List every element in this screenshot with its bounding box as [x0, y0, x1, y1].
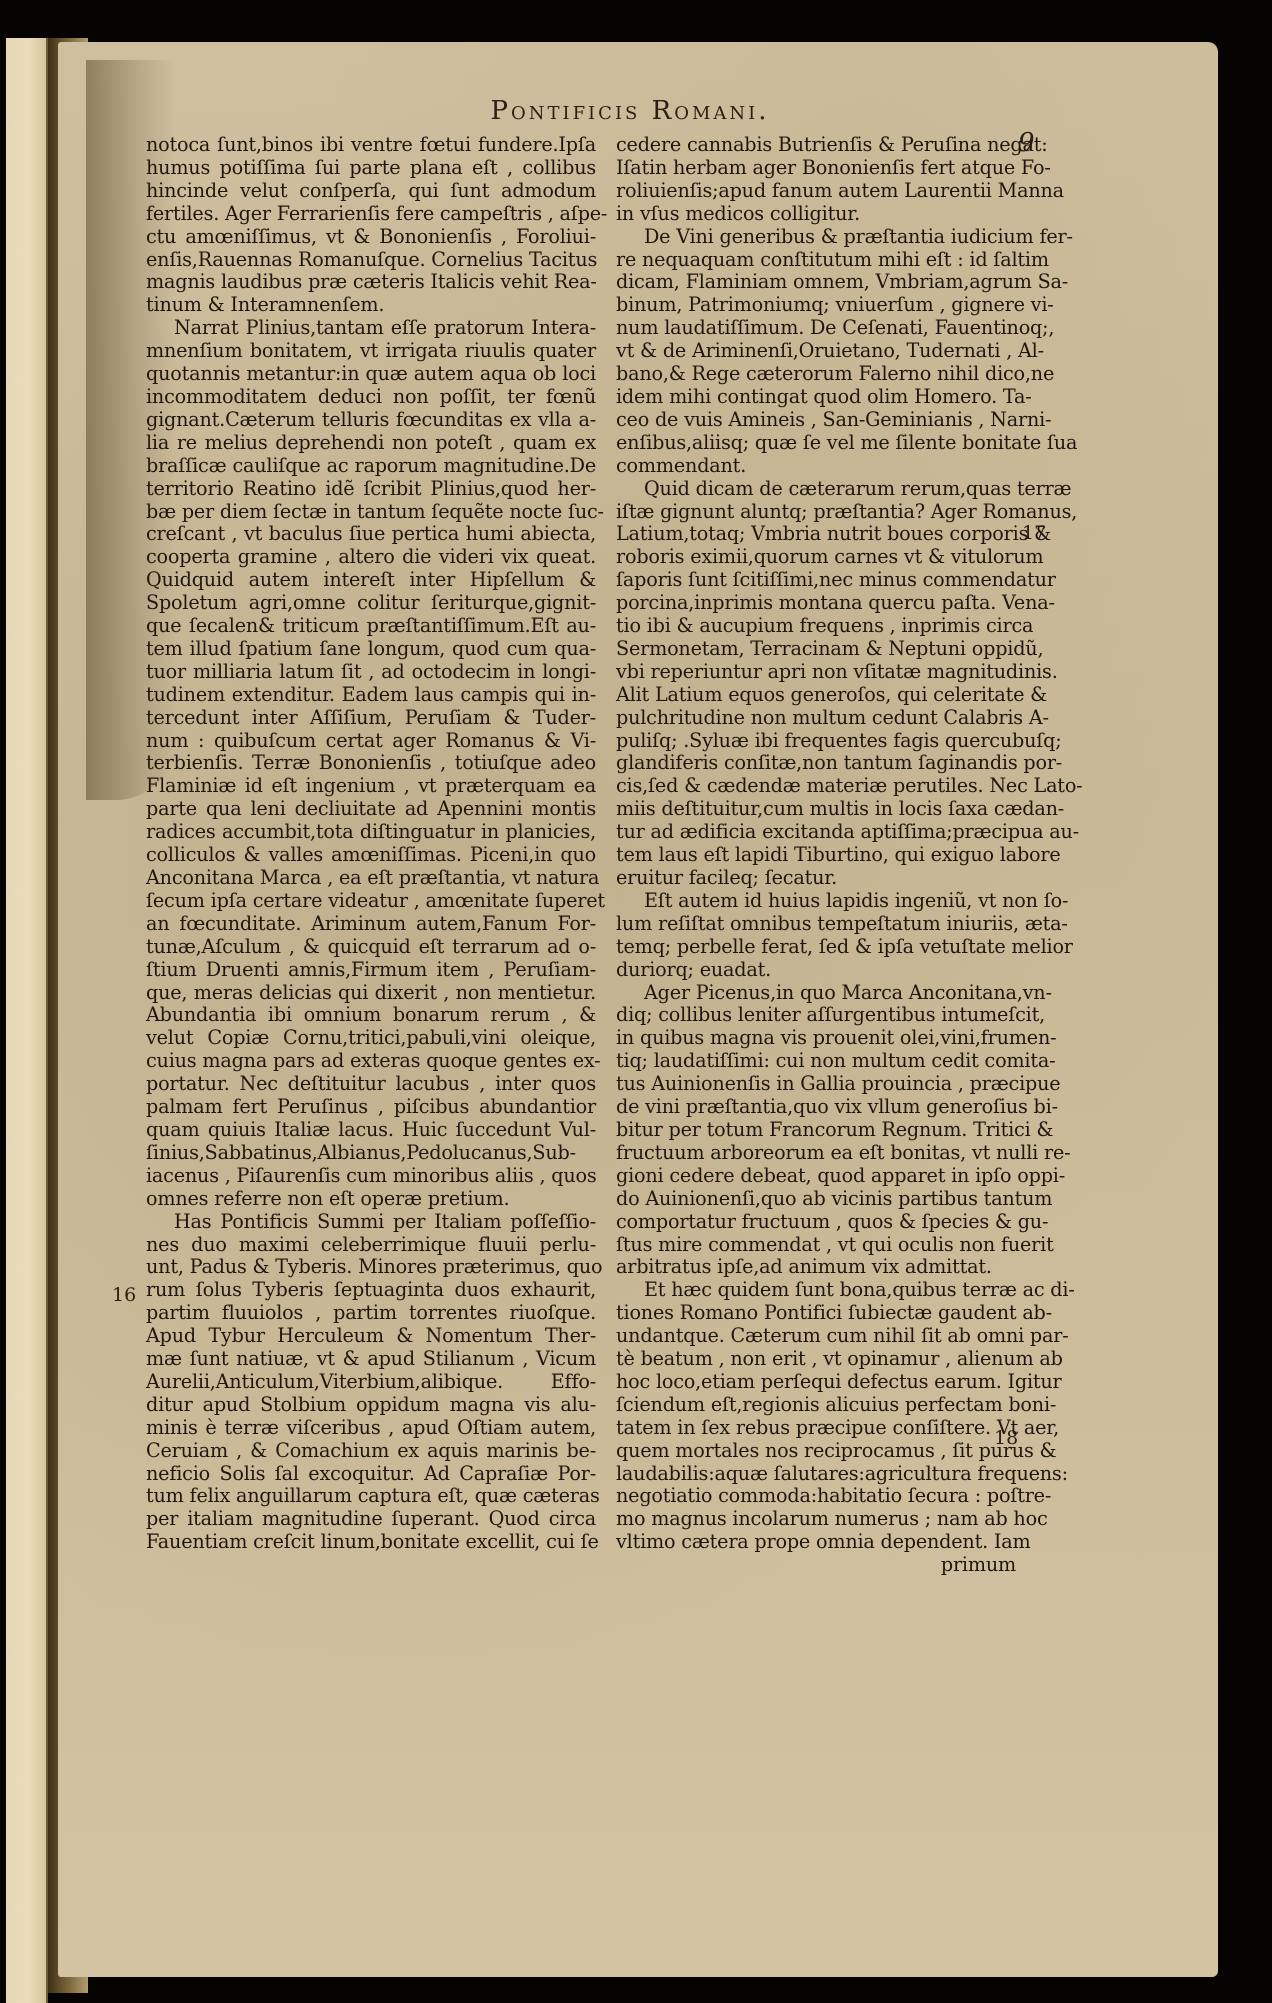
text-line: tus Auinionenſis in Gallia prouincia , p…: [616, 1073, 1016, 1096]
text-line: diq; collibus leniter aſſurgentibus intu…: [616, 1004, 1016, 1027]
text-line: ſinius,Sabbatinus,Albianus,Pedolucanus,S…: [146, 1142, 596, 1165]
text-line: in vſus medicos colligitur.: [616, 203, 1016, 226]
text-line: braſſicæ cauliſque ac raporum magnitudin…: [146, 455, 596, 478]
text-line: eruitur facileq; ſecatur.: [616, 867, 1016, 890]
text-line: undantque. Cæterum cum nihil ſit ab omni…: [616, 1325, 1016, 1348]
text-line: ſciendum eſt,regionis alicuius perfectam…: [616, 1394, 1016, 1417]
text-line: miis deſtituitur,cum multis in locis ſax…: [616, 798, 1016, 821]
text-line: velut Copiæ Cornu,tritici,pabuli,vini ol…: [146, 1027, 596, 1050]
left-text-column: notoca ſunt,binos ibi ventre fœtui funde…: [146, 134, 596, 1554]
text-line: incommoditatem deduci non poſſit, ter fœ…: [146, 386, 596, 409]
text-line: laudabilis:aquæ ſalutares:agricultura fr…: [616, 1463, 1016, 1486]
text-line: palmam fert Peruſinus , piſcibus abundan…: [146, 1096, 596, 1119]
text-line: vt & de Ariminenſi,Oruietano, Tudernati …: [616, 340, 1016, 363]
text-line: vbi reperiuntur apri non vſitatæ magnitu…: [616, 661, 1016, 684]
adjacent-page-edge: [6, 38, 48, 2003]
text-line: quam quiuis Italiæ lacus. Huic ſuccedunt…: [146, 1119, 596, 1142]
text-line: quem mortales nos reciprocamus , ſit pur…: [616, 1440, 1016, 1463]
text-line: creſcant , vt baculus ſiue pertica humi …: [146, 523, 596, 546]
text-line: in quibus magna vis prouenit olei,vini,f…: [616, 1027, 1016, 1050]
text-line: tiq; laudatiſſimi: cui non multum cedit …: [616, 1050, 1016, 1073]
text-line: de vini præſtantia,quo vix vllum generoſ…: [616, 1096, 1016, 1119]
text-line: porcina,inprimis montana quercu paſta. V…: [616, 592, 1016, 615]
text-line: cis,ſed & cædendæ materiæ perutiles. Nec…: [616, 775, 1016, 798]
text-line: num : quibuſcum certat ager Romanus & Vi…: [146, 730, 596, 753]
running-head: Pontificis Romani.: [440, 96, 820, 126]
text-line: puliſq; .Syluæ ibi frequentes fagis quer…: [616, 730, 1016, 753]
text-line: Sermonetam, Terracinam & Neptuni oppidũ,: [616, 638, 1016, 661]
text-line: ditur apud Stolbium oppidum magna vis al…: [146, 1394, 596, 1417]
text-line: pulchritudine non multum cedunt Calabris…: [616, 707, 1016, 730]
text-line: humus potiſſima ſui parte plana eſt , co…: [146, 157, 596, 180]
text-line: hoc loco,etiam perſequi defectus earum. …: [616, 1371, 1016, 1394]
text-line: ſaporis ſunt ſcitiſſimi,nec minus commen…: [616, 569, 1016, 592]
text-line: tuor milliaria latum ſit , ad octodecim …: [146, 661, 596, 684]
text-line: tatem in ſex rebus præcipue conſiſtere. …: [616, 1417, 1016, 1440]
text-line: tum felix anguillarum captura eſt, quæ c…: [146, 1485, 596, 1508]
text-line: tercedunt inter Aſſiſium, Peruſiam & Tud…: [146, 707, 596, 730]
text-line: nes duo maximi celeberrimique fluuii per…: [146, 1234, 596, 1257]
text-line: ſtus mire commendat , vt qui oculis non …: [616, 1234, 1016, 1257]
text-line: notoca ſunt,binos ibi ventre fœtui funde…: [146, 134, 596, 157]
text-line: tiones Romano Pontifici ſubiectæ gaudent…: [616, 1302, 1016, 1325]
text-line: comportatur fructuum , quos & ſpecies & …: [616, 1211, 1016, 1234]
text-line: Ceruiam , & Comachium ex aquis marinis b…: [146, 1440, 596, 1463]
text-line: mnenſium bonitatem, vt irrigata riuulis …: [146, 340, 596, 363]
text-line: cuius magna pars ad exteras quoque gente…: [146, 1050, 596, 1073]
right-text-column: cedere cannabis Butrienſis & Peruſina ne…: [616, 134, 1016, 1577]
text-line: Abundantia ibi omnium bonarum rerum , &: [146, 1004, 596, 1027]
text-line: quotannis metantur:in quæ autem aqua ob …: [146, 363, 596, 386]
text-line: Eſt autem id huius lapidis ingeniũ, vt n…: [616, 890, 1016, 913]
text-line: Spoletum agri,omne colitur ſeriturque,gi…: [146, 592, 596, 615]
text-line: idem mihi contingat quod olim Homero. Ta…: [616, 386, 1016, 409]
text-line: fructuum arboreorum ea eſt bonitas, vt n…: [616, 1142, 1016, 1165]
text-line: magnis laudibus præ cæteris Italicis veh…: [146, 271, 596, 294]
text-line: tem illud ſpatium ſane longum, quod cum …: [146, 638, 596, 661]
text-line: vltimo cætera prope omnia dependent. Iam: [616, 1531, 1016, 1554]
text-line: bitur per totum Francorum Regnum. Tritic…: [616, 1119, 1016, 1142]
text-line: neficio Solis ſal excoquitur. Ad Capraſi…: [146, 1463, 596, 1486]
text-line: tè beatum , non erit , vt opinamur , ali…: [616, 1348, 1016, 1371]
text-line: ceo de vuis Amineis , San-Geminianis , N…: [616, 409, 1016, 432]
text-line: que ſecalen& triticum præſtantiſſimum.Eſ…: [146, 615, 596, 638]
text-line: mo magnus incolarum numerus ; nam ab hoc: [616, 1508, 1016, 1531]
text-line: De Vini generibus & præſtantia iudicium …: [616, 226, 1016, 249]
text-line: colliculos & valles amœniſſimas. Piceni,…: [146, 844, 596, 867]
text-line: Quid dicam de cæterarum rerum,quas terræ: [616, 478, 1016, 501]
text-line: do Auinionenſi,quo ab vicinis partibus t…: [616, 1188, 1016, 1211]
text-line: partim fluuiolos , partim torrentes riuo…: [146, 1302, 596, 1325]
text-line: que, meras delicias qui dixerit , non me…: [146, 982, 596, 1005]
text-line: per italiam magnitudine ſuperant. Quod c…: [146, 1508, 596, 1531]
text-line: gioni cedere debeat, quod apparet in ipſ…: [616, 1165, 1016, 1188]
text-line: Latium,totaq; Vmbria nutrit boues corpor…: [616, 523, 1016, 546]
text-line: roliuienſis;apud fanum autem Laurentii M…: [616, 180, 1016, 203]
text-line: territorio Reatino idẽ ſcribit Plinius,q…: [146, 478, 596, 501]
text-line: Ager Picenus,in quo Marca Anconitana,vn-: [616, 982, 1016, 1005]
text-line: minis è terræ viſceribus , apud Oſtiam a…: [146, 1417, 596, 1440]
text-line: tunæ,Aſculum , & quicquid eſt terrarum a…: [146, 936, 596, 959]
text-line: parte qua leni decliuitate ad Apennini m…: [146, 798, 596, 821]
text-line: an fœcunditate. Ariminum autem,Fanum For…: [146, 913, 596, 936]
catchword: primum: [616, 1554, 1016, 1577]
text-line: Anconitana Marca , ea eſt præſtantia, vt…: [146, 867, 596, 890]
text-line: duriorq; euadat.: [616, 959, 1016, 982]
text-line: ſecum ipſa certare videatur , amœnitate …: [146, 890, 596, 913]
text-line: tur ad ædificia excitanda aptiſſima;præc…: [616, 821, 1016, 844]
text-line: unt, Padus & Tyberis. Minores præterimus…: [146, 1256, 596, 1279]
text-line: iacenus , Piſaurenſis cum minoribus alii…: [146, 1165, 596, 1188]
text-line: arbitratus ipſe,ad animum vix admittat.: [616, 1256, 1016, 1279]
text-line: Apud Tybur Herculeum & Nomentum Ther-: [146, 1325, 596, 1348]
text-line: tio ibi & aucupium frequens , inprimis c…: [616, 615, 1016, 638]
text-line: Quidquid autem intereſt inter Hipſellum …: [146, 569, 596, 592]
text-line: roboris eximii,quorum carnes vt & vitulo…: [616, 546, 1016, 569]
text-line: portatur. Nec deſtituitur lacubus , inte…: [146, 1073, 596, 1096]
text-line: num laudatiſſimum. De Ceſenati, Fauentin…: [616, 317, 1016, 340]
text-line: rum ſolus Tyberis ſeptuaginta duos exhau…: [146, 1279, 596, 1302]
text-line: lia re melius deprehendi non poteſt , qu…: [146, 432, 596, 455]
text-line: cooperta gramine , altero die videri vix…: [146, 546, 596, 569]
marginal-number-16: 16: [112, 1284, 136, 1306]
text-line: negotiatio commoda:habitatio ſecura : po…: [616, 1485, 1016, 1508]
text-line: omnes referre non eſt operæ pretium.: [146, 1188, 596, 1211]
text-line: glandiferis conſitæ,non tantum ſaginandi…: [616, 752, 1016, 775]
text-line: enſibus,aliisq; quæ ſe vel me ſilente bo…: [616, 432, 1016, 455]
text-line: gignant.Cæterum telluris fœcunditas ex v…: [146, 409, 596, 432]
text-line: binum, Patrimoniumq; vniuerſum , gignere…: [616, 294, 1016, 317]
text-line: tem laus eſt lapidi Tiburtino, qui exigu…: [616, 844, 1016, 867]
text-line: tinum & Interamnenſem.: [146, 294, 596, 317]
text-line: Has Pontificis Summi per Italiam poſſeſſ…: [146, 1211, 596, 1234]
text-line: lum reſiſtat omnibus tempeſtatum iniurii…: [616, 913, 1016, 936]
text-line: mæ ſunt natiuæ, vt & apud Stilianum , Vi…: [146, 1348, 596, 1371]
text-line: Fauentiam creſcit linum,bonitate excelli…: [146, 1531, 596, 1554]
text-line: Flaminiæ id eſt ingenium , vt præterquam…: [146, 775, 596, 798]
text-line: enſis,Rauennas Romanuſque. Cornelius Tac…: [146, 249, 596, 272]
text-line: Alit Latium equos generoſos, qui celerit…: [616, 684, 1016, 707]
text-line: tudinem extenditur. Eadem laus campis qu…: [146, 684, 596, 707]
text-line: cedere cannabis Butrienſis & Peruſina ne…: [616, 134, 1016, 157]
text-line: terbienſis. Terræ Bononienſis , totiuſqu…: [146, 752, 596, 775]
text-line: radices accumbit,tota diſtinguatur in pl…: [146, 821, 596, 844]
text-line: dicam, Flaminiam omnem, Vmbriam,agrum Sa…: [616, 271, 1016, 294]
text-line: iſtæ gignunt aluntq; præſtantia? Ager Ro…: [616, 501, 1016, 524]
text-line: temq; perbelle ferat, ſed & ipſa vetuſta…: [616, 936, 1016, 959]
text-line: ctu amœniſſimus, vt & Bononienſis , Foro…: [146, 226, 596, 249]
text-line: ſtium Druenti amnis,Firmum item , Peruſi…: [146, 959, 596, 982]
text-line: Iſatin herbam ager Bononienſis fert atqu…: [616, 157, 1016, 180]
text-line: bano,& Rege cæterorum Falerno nihil dico…: [616, 363, 1016, 386]
text-line: Aurelii,Anticulum,Viterbium,alibique. Ef…: [146, 1371, 596, 1394]
text-line: commendant.: [616, 455, 1016, 478]
text-line: bæ per diem ſectæ in tantum ſequẽte noct…: [146, 501, 596, 524]
text-line: Narrat Plinius,tantam eſſe pratorum Inte…: [146, 317, 596, 340]
text-line: hincinde velut conſperſa, qui ſunt admod…: [146, 180, 596, 203]
text-line: Et hæc quidem ſunt bona,quibus terræ ac …: [616, 1279, 1016, 1302]
text-line: re nequaquam conſtitutum mihi eſt : id ſ…: [616, 249, 1016, 272]
text-line: fertiles. Ager Ferrarienſis fere campeſt…: [146, 203, 596, 226]
